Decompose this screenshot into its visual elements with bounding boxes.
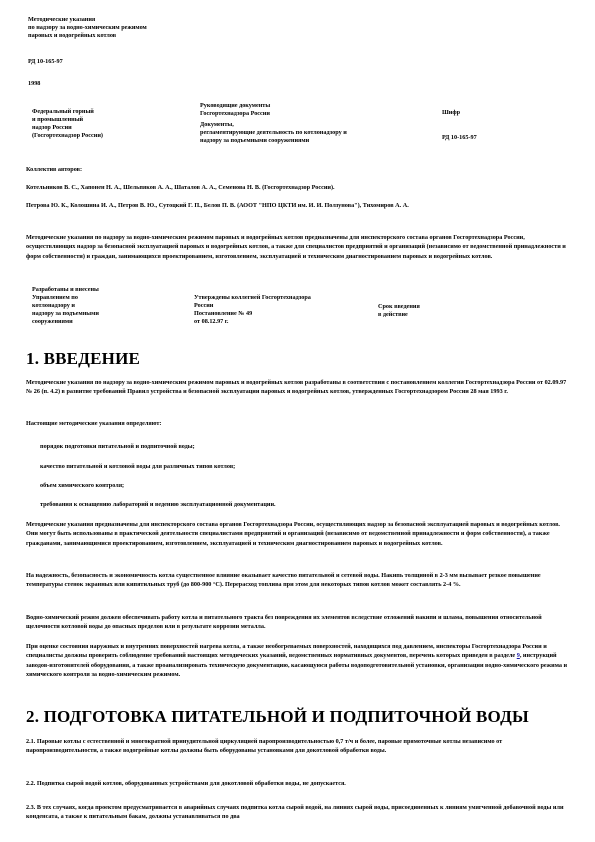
- title-line: паровых и водогрейных котлов: [28, 32, 147, 40]
- cipher-label: Шифр: [442, 109, 460, 117]
- category-line: Госгортехнадзора России: [200, 110, 440, 118]
- section-1-paragraph-5: Водно-химический режим должен обеспечива…: [26, 613, 571, 632]
- approved-line: Постановление № 49: [194, 310, 374, 318]
- developed-line: Управлением по: [32, 294, 142, 302]
- document-page: Методические указания по надзору за водн…: [0, 0, 595, 842]
- issuer-line: (Госгортехнадзор России): [32, 132, 182, 140]
- effective-date-block: Срок введения в действие: [378, 303, 420, 319]
- category-line: Документы,: [200, 121, 440, 129]
- document-category-block: Руководящие документы Госгортехнадзора Р…: [200, 102, 440, 145]
- section-2-paragraph-2-3: 2.3. В тех случаях, когда проектом преду…: [26, 803, 571, 822]
- list-item: порядок подготовки питательной и подпито…: [40, 443, 195, 451]
- section-2-paragraph-2-1: 2.1. Паровые котлы с естественной и мног…: [26, 737, 571, 756]
- section-1-heading: 1. ВВЕДЕНИЕ: [26, 349, 140, 369]
- title-line: по надзору за водно-химическим режимом: [28, 24, 147, 32]
- document-title: Методические указания по надзору за водн…: [28, 16, 147, 40]
- approved-line: России: [194, 302, 374, 310]
- document-year: 1998: [28, 80, 40, 88]
- list-item: требования к оснащению лабораторий и вед…: [40, 501, 276, 509]
- authors-label: Коллектив авторов:: [26, 166, 82, 174]
- developed-by-block: Разработаны и внесены Управлением по кот…: [32, 286, 142, 326]
- intro-paragraph: Методические указания по надзору за водн…: [26, 233, 571, 261]
- authors-line-2: Петрова Ю. К., Колошина И. А., Петров В.…: [26, 201, 574, 210]
- issuer-block: Федеральный горный и промышленный надзор…: [32, 108, 182, 140]
- cipher-value: РД 10-165-97: [442, 134, 477, 142]
- category-line: регламентирующие деятельность по котлона…: [200, 129, 440, 137]
- section-1-paragraph-6: При оценке состояния наружных и внутренн…: [26, 642, 571, 680]
- developed-line: котлонадзору и: [32, 302, 142, 310]
- authors-line-1: Котельников В. С., Хапонен Н. А., Шельпя…: [26, 183, 571, 192]
- issuer-line: надзор России: [32, 124, 182, 132]
- developed-line: надзору за подъемными: [32, 310, 142, 318]
- term-line: в действие: [378, 311, 420, 319]
- category-line: надзору за подъемными сооружениями: [200, 137, 440, 145]
- section-1-paragraph-1: Методические указания по надзору за водн…: [26, 378, 571, 397]
- list-item: качество питательной и котловой воды для…: [40, 463, 235, 471]
- section-2-paragraph-2-2: 2.2. Подпитка сырой водой котлов, оборуд…: [26, 779, 571, 788]
- developed-line: Разработаны и внесены: [32, 286, 142, 294]
- term-line: Срок введения: [378, 303, 420, 311]
- list-item: объем химического контроля;: [40, 482, 124, 490]
- title-line: Методические указания: [28, 16, 147, 24]
- issuer-line: и промышленный: [32, 116, 182, 124]
- approved-by-block: Утверждены коллегией Госгортехнадзора Ро…: [194, 294, 374, 326]
- document-code: РД 10-165-97: [28, 58, 63, 66]
- section-1-paragraph-2: Настоящие методические указания определя…: [26, 419, 571, 428]
- approved-line: Утверждены коллегией Госгортехнадзора: [194, 294, 374, 302]
- section-2-heading: 2. ПОДГОТОВКА ПИТАТЕЛЬНОЙ И ПОДПИТОЧНОЙ …: [26, 707, 529, 727]
- developed-line: сооружениями: [32, 318, 142, 326]
- category-line: Руководящие документы: [200, 102, 440, 110]
- approved-line: от 08.12.97 г.: [194, 318, 374, 326]
- issuer-line: Федеральный горный: [32, 108, 182, 116]
- section-1-paragraph-4: На надежность, безопасность и экономично…: [26, 571, 571, 590]
- section-1-paragraph-3: Методические указания предназначены для …: [26, 520, 571, 548]
- paragraph-text: При оценке состояния наружных и внутренн…: [26, 643, 547, 659]
